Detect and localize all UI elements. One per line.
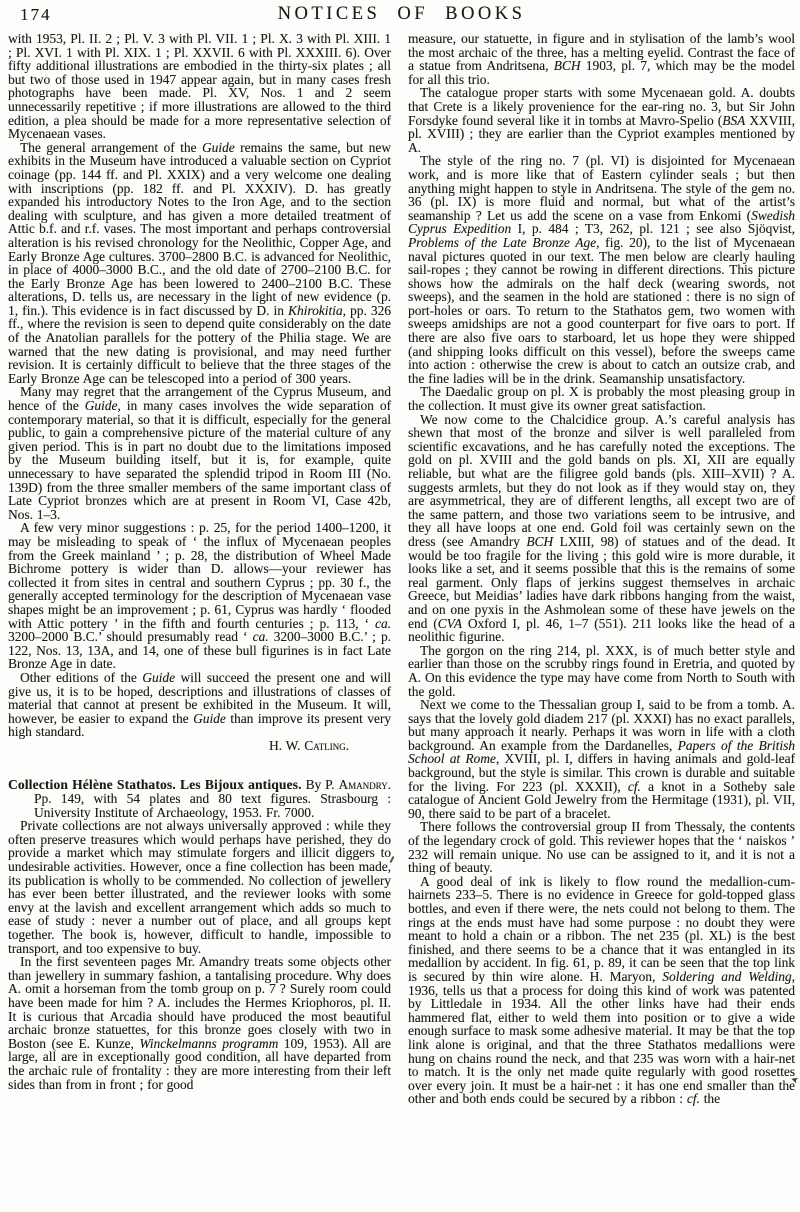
paragraph: The style of the ring no. 7 (pl. VI) is … (408, 154, 795, 385)
reviewer-name: H. W. Catling. (269, 738, 349, 753)
paragraph: We now come to the Chalcidice group. A.’… (408, 413, 795, 644)
right-column: measure, our statuette, in figure and in… (408, 32, 795, 1106)
paragraph: Private collections are not always unive… (8, 819, 391, 955)
paragraph: Other editions of the Guide will succeed… (8, 671, 391, 739)
paragraph: The gorgon on the ring 214, pl. XXX, is … (408, 644, 795, 698)
paragraph: Next we come to the Thessalian group I, … (408, 698, 795, 820)
pen-arrow-mark: ➤ (790, 1073, 800, 1086)
reviewer-signature: H. W. Catling. (8, 739, 391, 753)
paragraph: A few very minor suggestions : p. 25, fo… (8, 521, 391, 671)
book-heading: Collection Hélène Stathatos. Les Bijoux … (8, 778, 391, 819)
paragraph: There follows the controversial group II… (408, 820, 795, 874)
page-title: NOTICES OF BOOKS (8, 4, 795, 25)
paragraph: In the first seventeen pages Mr. Amandry… (8, 955, 391, 1091)
paragraph: The catalogue proper starts with some My… (408, 86, 795, 154)
text-columns: with 1953, Pl. II. 2 ; Pl. V. 3 with Pl.… (8, 32, 795, 1106)
paragraph: The general arrangement of the Guide rem… (8, 141, 391, 386)
journal-page: 174 NOTICES OF BOOKS with 1953, Pl. II. … (0, 0, 800, 1212)
paragraph: measure, our statuette, in figure and in… (408, 32, 795, 86)
left-column: with 1953, Pl. II. 2 ; Pl. V. 3 with Pl.… (8, 32, 391, 1106)
paragraph: with 1953, Pl. II. 2 ; Pl. V. 3 with Pl.… (8, 32, 391, 141)
paragraph: A good deal of ink is likely to flow rou… (408, 875, 795, 1106)
paragraph: The Daedalic group on pl. X is probably … (408, 385, 795, 412)
page-header: 174 NOTICES OF BOOKS (8, 3, 795, 32)
paragraph: Many may regret that the arrangement of … (8, 385, 391, 521)
